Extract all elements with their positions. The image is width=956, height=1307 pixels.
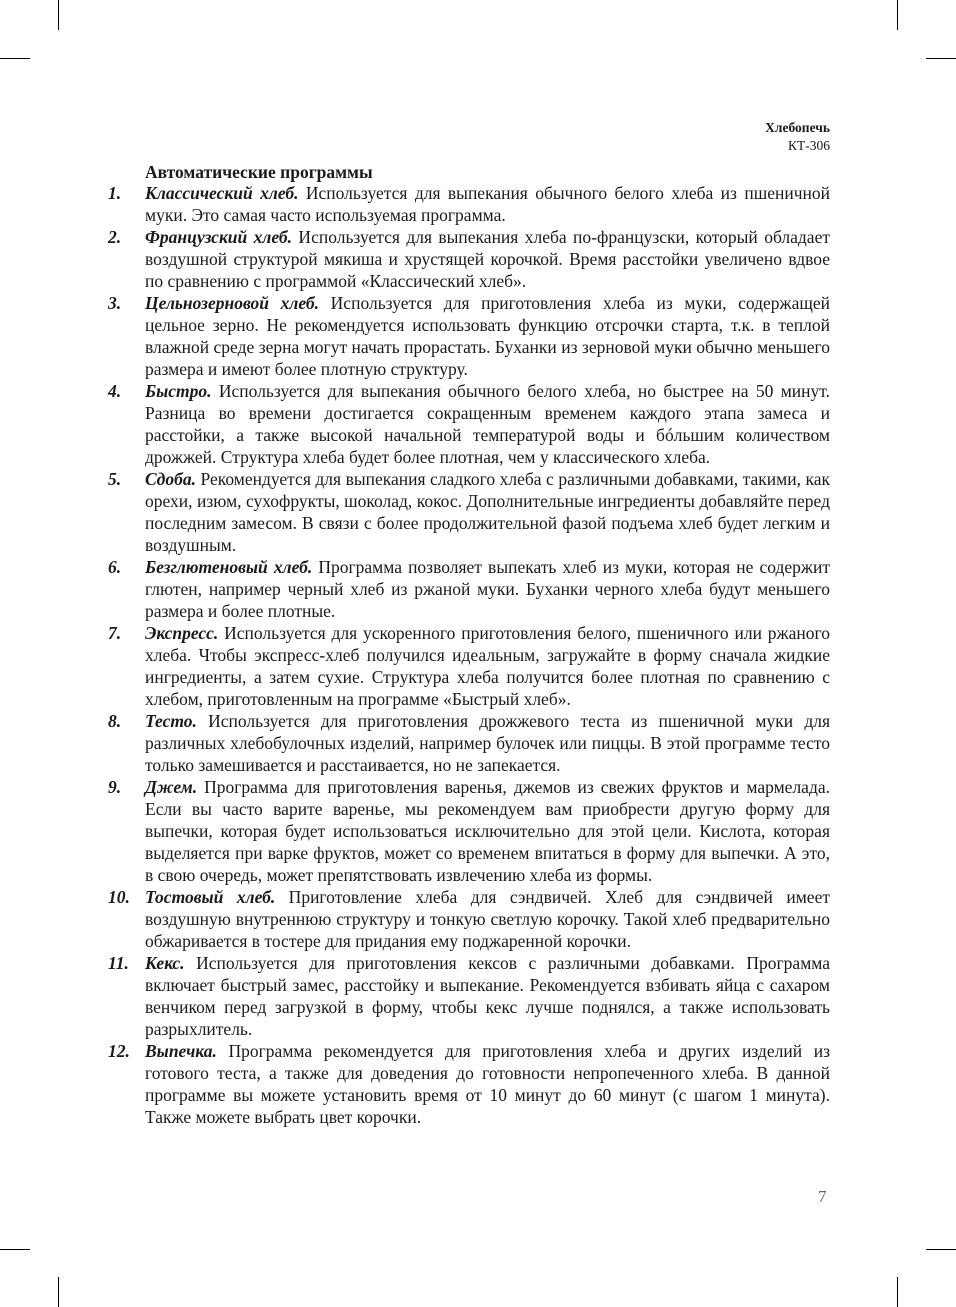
crop-mark-top-right-horizontal (926, 58, 956, 59)
crop-mark-bottom-right-horizontal (926, 1249, 956, 1250)
running-header: Хлебопечь КТ-306 (765, 119, 830, 155)
item-number: 4. (108, 380, 121, 402)
program-name: Кекс. (145, 953, 185, 973)
program-list: 1.Классический хлеб. Используется для вы… (108, 182, 830, 1128)
program-item: 3.Цельнозерновой хлеб. Используется для … (108, 292, 830, 380)
program-item: 10.Тостовый хлеб. Приготовление хлеба дл… (108, 886, 830, 952)
program-item: 11.Кекс. Используется для приготовления … (108, 952, 830, 1040)
crop-mark-top-left-horizontal (0, 58, 30, 59)
program-description: Программа рекомендуется для приготовлени… (145, 1041, 830, 1127)
crop-mark-bottom-left-horizontal (0, 1249, 30, 1250)
header-model: КТ-306 (765, 137, 830, 155)
item-number: 1. (108, 182, 121, 204)
program-item: 4.Быстро. Используется для выпекания обы… (108, 380, 830, 468)
program-item: 6.Безглютеновый хлеб. Программа позволяе… (108, 556, 830, 622)
section-title: Автоматические программы (145, 161, 373, 183)
crop-mark-top-left-vertical (58, 0, 59, 30)
program-name: Тостовый хлеб. (145, 887, 275, 907)
program-description: Рекомендуется для выпекания сладкого хле… (145, 469, 830, 555)
header-product: Хлебопечь (765, 119, 830, 137)
page-number: 7 (818, 1187, 827, 1207)
program-description: Используется для выпекания обычного бело… (145, 381, 830, 467)
program-description: Используется для приготовления кексов с … (145, 953, 830, 1039)
program-description: Используется для приготовления дрожжевог… (145, 711, 830, 775)
program-item: 1.Классический хлеб. Используется для вы… (108, 182, 830, 226)
item-number: 12. (108, 1040, 130, 1062)
item-number: 10. (108, 886, 130, 908)
program-name: Быстро. (145, 381, 212, 401)
program-name: Джем. (145, 777, 197, 797)
item-number: 9. (108, 776, 121, 798)
program-item: 9.Джем. Программа для приготовления варе… (108, 776, 830, 886)
crop-mark-bottom-right-vertical (897, 1277, 898, 1307)
program-description: Программа для приготовления варенья, дже… (145, 777, 830, 885)
program-name: Выпечка. (145, 1041, 217, 1061)
crop-mark-bottom-left-vertical (58, 1277, 59, 1307)
program-item: 8.Тесто. Используется для приготовления … (108, 710, 830, 776)
program-item: 7.Экспресс. Используется для ускоренного… (108, 622, 830, 710)
program-description: Используется для ускоренного приготовлен… (145, 623, 830, 709)
program-name: Цельнозерновой хлеб. (145, 293, 319, 313)
item-number: 2. (108, 226, 121, 248)
program-name: Тесто. (145, 711, 197, 731)
program-name: Французский хлеб. (145, 227, 292, 247)
program-item: 12.Выпечка. Программа рекомендуется для … (108, 1040, 830, 1128)
program-name: Классический хлеб. (145, 183, 298, 203)
item-number: 11. (108, 952, 129, 974)
item-number: 6. (108, 556, 121, 578)
crop-mark-top-right-vertical (897, 0, 898, 30)
program-name: Безглютеновый хлеб. (145, 557, 312, 577)
program-item: 5.Сдоба. Рекомендуется для выпекания сла… (108, 468, 830, 556)
program-name: Сдоба. (145, 469, 196, 489)
program-item: 2.Французский хлеб. Используется для вып… (108, 226, 830, 292)
item-number: 7. (108, 622, 121, 644)
item-number: 8. (108, 710, 121, 732)
program-name: Экспресс. (145, 623, 218, 643)
item-number: 5. (108, 468, 121, 490)
item-number: 3. (108, 292, 121, 314)
